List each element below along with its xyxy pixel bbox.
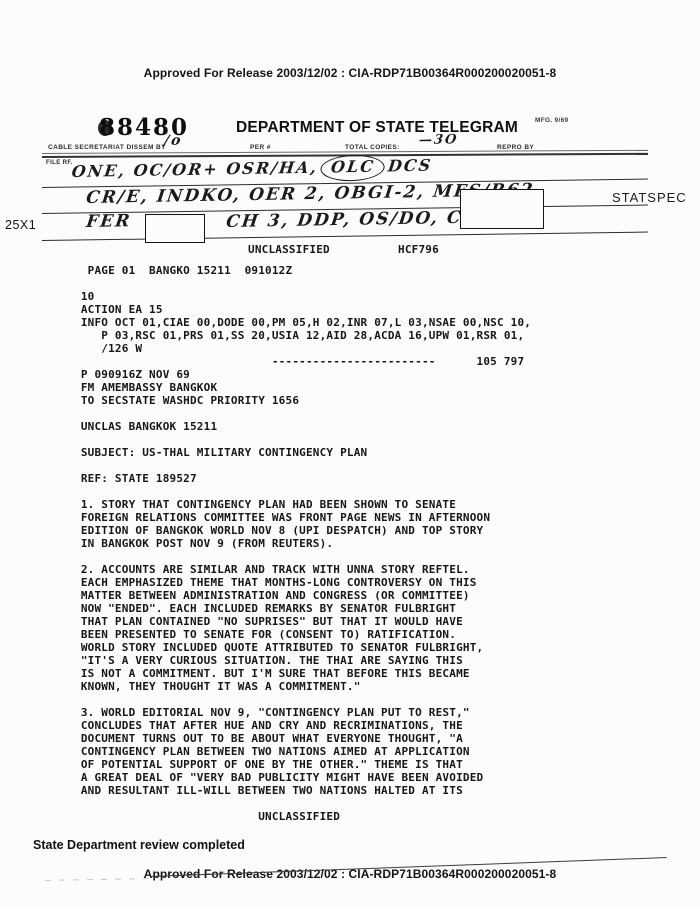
total-copies-handwritten-mark: —3O: [418, 132, 459, 148]
routing-line-1: ONE, OC/OR+ OSR/HA,OLCDCS: [70, 154, 434, 186]
cable-secretariat-dissem-label: CABLE SECRETARIAT DISSEM BY: [48, 144, 166, 151]
dissem-handwritten-mark: /o: [163, 133, 183, 149]
routing-line-3-prefix: FER: [85, 211, 133, 232]
state-department-review-note: State Department review completed: [33, 838, 245, 852]
control-number: HCF796: [398, 243, 439, 256]
department-of-state-telegram-title: DEPARTMENT OF STATE TELEGRAM: [236, 119, 518, 137]
per-number-label: PER #: [250, 144, 271, 151]
routing-line-3-suffix: CH 3, DDP, OS/DO, CI: [225, 208, 474, 232]
routing-rule-line-3: [42, 232, 648, 242]
approved-release-header: Approved For Release 2003/12/02 : CIA-RD…: [0, 66, 700, 80]
redaction-box-2: [145, 214, 205, 243]
routing-line-1-text: ONE, OC/OR+ OSR/HA,: [71, 158, 320, 181]
statspec-label: STATSPEC: [612, 190, 687, 205]
mfg-note: MFG. 9/69: [535, 117, 568, 124]
olc-circled-annotation: OLC: [319, 154, 386, 181]
routing-line-1-suffix: DCS: [387, 156, 434, 176]
classification-header: UNCLASSIFIED: [248, 243, 330, 256]
file-ref-label: FILE RF.: [46, 160, 73, 166]
telegram-body-text: PAGE 01 BANGKO 15211 091012Z 10 ACTION E…: [74, 264, 531, 823]
redaction-box-1: [460, 189, 544, 229]
ink-blot-icon: [98, 120, 112, 136]
total-copies-label: TOTAL COPIES:: [345, 144, 400, 151]
margin-code-25x1: 25X1: [5, 218, 36, 232]
telegram-document-page: Approved For Release 2003/12/02 : CIA-RD…: [0, 0, 700, 906]
